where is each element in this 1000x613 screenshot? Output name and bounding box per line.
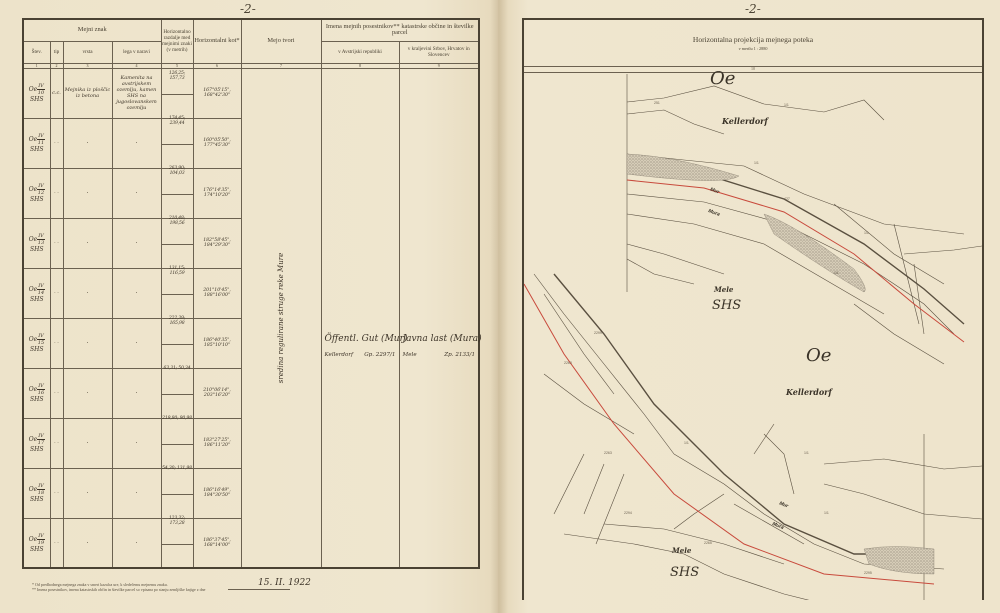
marker-type: · · <box>50 318 63 368</box>
marker-type: · · <box>50 268 63 318</box>
marker-suffix: SHS <box>30 146 43 153</box>
svg-text:251: 251 <box>654 101 660 105</box>
marker-location: · <box>112 318 161 368</box>
right-page-number: -2- <box>745 2 761 16</box>
date-line <box>228 589 290 590</box>
marker-suffix: SHS <box>30 446 43 453</box>
header-mejni-znak: Mejni znak <box>23 19 161 41</box>
marker-prefix: Oe <box>29 336 37 343</box>
boundary-formed-by: sredina regulirane struge reke Mure <box>241 68 321 568</box>
marker-section: IV <box>37 533 45 540</box>
header-avstrija: v Avstrijski republiki <box>321 41 399 63</box>
map-scale: v merilu 1 : 2880 <box>524 46 982 51</box>
marker-location: · <box>112 268 161 318</box>
owner-shs-detail: MeleZp. 2133/1 <box>403 352 476 358</box>
marker-suffix: SHS <box>30 246 43 253</box>
owner-shs-municipality: Mele <box>403 352 417 358</box>
distance-divider <box>162 194 193 195</box>
angle-cell: 186°16'49", 184°30'50" <box>193 468 241 518</box>
marker-type: · · <box>50 418 63 468</box>
header-kot: Horizontalni kot* <box>193 19 241 63</box>
marker-location: · <box>112 368 161 418</box>
marker-location: · <box>112 518 161 568</box>
footnote-2: ** Imena posestnikov, imena katastrskih … <box>32 587 205 592</box>
svg-text:1/1: 1/1 <box>804 451 809 455</box>
distance-divider <box>162 394 193 395</box>
header-tip: tip <box>50 41 63 63</box>
distance-value: 219,80; 90,98 <box>162 416 193 421</box>
marker-kind: · <box>63 218 112 268</box>
marker-number: OeIV10SHS <box>23 68 50 118</box>
label-kellerdorf-top: Kellerdorf <box>722 116 768 126</box>
marker-prefix: Oe <box>29 536 37 543</box>
label-oe-mid: Oe <box>806 345 831 366</box>
marker-type: · · <box>50 368 63 418</box>
map-rule <box>524 72 982 73</box>
header-mejo-tvori: Mejo tvori <box>241 19 321 63</box>
owner-shs-cell: Javna last (Mura)MeleZp. 2133/1 <box>399 68 479 568</box>
marker-section: IV <box>37 83 45 90</box>
distance-cell: 174,45; 239,44 <box>161 118 193 168</box>
label-shs-bottom: SHS <box>670 565 699 580</box>
marker-suffix: SHS <box>30 546 43 553</box>
angle-cell: 186°40'35", 185°10'10" <box>193 318 241 368</box>
map-title: Horizontalna projekcija mejnega poteka <box>524 35 982 44</box>
owner-shs-parcel: Zp. 2133/1 <box>444 352 475 358</box>
marker-suffix: SHS <box>30 346 43 353</box>
marker-kind: Mejnika iz ploščic iz betona <box>63 68 112 118</box>
header-lega: lega v naravi <box>112 41 161 63</box>
marker-prefix: Oe <box>29 236 37 243</box>
marker-suffix: SHS <box>30 296 43 303</box>
distance-value: 222,39; 165,98 <box>162 316 193 326</box>
svg-text:1/1: 1/1 <box>864 231 869 235</box>
distance-cell: 222,39; 165,98 <box>161 318 193 368</box>
boundary-description: sredina regulirane struge reke Mure <box>277 253 285 383</box>
distance-cell: 263,90; 104,03 <box>161 168 193 218</box>
left-page-number: -2- <box>240 2 256 16</box>
marker-suffix: SHS <box>30 96 43 103</box>
distance-cell: 123,32; 173,28 <box>161 518 193 568</box>
distance-cell: 131,15; 116,59 <box>161 268 193 318</box>
marker-type: · · <box>50 468 63 518</box>
distance-value: 63,31; 50,34 <box>162 366 193 371</box>
marker-suffix: SHS <box>30 396 43 403</box>
marker-prefix: Oe <box>29 186 37 193</box>
label-mele-mid: Mele <box>714 285 733 294</box>
marker-fraction: IV12 <box>37 183 45 196</box>
marker-location: · <box>112 118 161 168</box>
marker-location: · <box>112 468 161 518</box>
distance-divider <box>162 544 193 545</box>
marker-section: IV <box>37 383 45 390</box>
marker-section: IV <box>37 233 45 240</box>
owner-austria-municipality: Kellerdorf <box>325 352 354 358</box>
marker-section: IV <box>37 483 45 490</box>
marker-number: OeIV16SHS <box>23 368 50 418</box>
marker-fraction: IV18 <box>37 483 45 496</box>
owner-shs-name: Javna last (Mura) <box>403 334 476 344</box>
svg-text:1/1: 1/1 <box>834 271 839 275</box>
svg-text:2265: 2265 <box>704 541 712 545</box>
marker-section: IV <box>37 183 45 190</box>
marker-kind: · <box>63 418 112 468</box>
marker-number: OeIV15SHS <box>23 318 50 368</box>
distance-value: 126,25; 157,73 <box>162 71 193 81</box>
marker-number: OeIV14SHS <box>23 268 50 318</box>
distance-value: 263,90; 104,03 <box>162 166 193 176</box>
owner-austria-detail: KellerdorfGp. 2297/1 <box>325 352 396 358</box>
header-stev: Štev. <box>23 41 50 63</box>
angle-cell: 201°10'45", 188°16'00" <box>193 268 241 318</box>
marker-kind: · <box>63 118 112 168</box>
marker-fraction: IV19 <box>37 533 45 546</box>
marker-fraction: IV15 <box>37 333 45 346</box>
record-date: 15. II. 1922 <box>258 578 311 588</box>
distance-divider <box>162 94 193 95</box>
angle-cell: 210°06'14", 203°16'20" <box>193 368 241 418</box>
marker-fraction: IV13 <box>37 233 45 246</box>
marker-number: OeIV19SHS <box>23 518 50 568</box>
marker-location: · <box>112 418 161 468</box>
marker-suffix: SHS <box>30 196 43 203</box>
header-vrsta: vrsta <box>63 41 112 63</box>
owner-austria-parcel: Gp. 2297/1 <box>364 352 395 358</box>
svg-text:1/1: 1/1 <box>824 511 829 515</box>
distance-value: 210,48; 198,56 <box>162 216 193 226</box>
svg-text:2263: 2263 <box>564 361 572 365</box>
svg-text:2295: 2295 <box>864 571 872 575</box>
svg-text:2299: 2299 <box>594 331 602 335</box>
angle-cell: 183°27'25", 186°11'20" <box>193 418 241 468</box>
distance-divider <box>162 494 193 495</box>
distance-divider <box>162 444 193 445</box>
marker-fraction: IV11 <box>37 133 45 146</box>
marker-number: OeIV17SHS <box>23 418 50 468</box>
marker-fraction: IV10 <box>37 83 45 96</box>
header-razdalja: Horizontalno razdalje med mejnimi znaki … <box>161 19 193 63</box>
distance-value: 54,30; 131,98 <box>162 466 193 471</box>
svg-text:2294: 2294 <box>624 511 632 515</box>
marker-number: OeIV11SHS <box>23 118 50 168</box>
marker-location: · <box>112 168 161 218</box>
marker-section: IV <box>37 283 45 290</box>
label-oe-top: Oe <box>710 68 735 89</box>
distance-cell: 126,25; 157,73 <box>161 68 193 118</box>
svg-text:1/1: 1/1 <box>684 441 689 445</box>
angle-cell: 167°05'15", 168°42'30" <box>193 68 241 118</box>
marker-number: OeIV12SHS <box>23 168 50 218</box>
angle-cell: 182°58'45", 184°29'30" <box>193 218 241 268</box>
angle-cell: 160°05'50", 177°45'30" <box>193 118 241 168</box>
marker-suffix: SHS <box>30 496 43 503</box>
marker-prefix: Oe <box>29 386 37 393</box>
marker-kind: · <box>63 518 112 568</box>
marker-prefix: Oe <box>29 286 37 293</box>
map-col-number: 10 <box>524 66 982 71</box>
marker-kind: · <box>63 168 112 218</box>
distance-cell: 210,48; 198,56 <box>161 218 193 268</box>
distance-cell: 63,31; 50,34 <box>161 368 193 418</box>
label-shs-mid: SHS <box>712 298 741 313</box>
distance-value: 174,45; 239,44 <box>162 116 193 126</box>
cadastral-map: 2511/11/1 4271/11/1 229922632263 1/11/11… <box>524 74 982 600</box>
owner-austria-cell: Öffentl. Gut (Mur)KellerdorfGp. 2297/1 <box>321 68 399 568</box>
svg-text:2263: 2263 <box>604 451 612 455</box>
marker-number: OeIV18SHS <box>23 468 50 518</box>
label-kellerdorf-mid: Kellerdorf <box>786 387 832 397</box>
marker-section: IV <box>37 333 45 340</box>
distance-divider <box>162 294 193 295</box>
map-frame: Horizontalna projekcija mejnega poteka v… <box>522 18 984 600</box>
distance-divider <box>162 244 193 245</box>
marker-prefix: Oe <box>29 436 37 443</box>
marker-section: IV <box>37 133 45 140</box>
distance-value: 123,32; 173,28 <box>162 516 193 526</box>
label-mele-bottom: Mele <box>672 546 691 555</box>
marker-number: OeIV13SHS <box>23 218 50 268</box>
marker-location: · <box>112 218 161 268</box>
svg-text:1/1: 1/1 <box>754 161 759 165</box>
marker-type: · · <box>50 518 63 568</box>
angle-cell: 186°37'45", 168°14'00" <box>193 518 241 568</box>
marker-prefix: Oe <box>29 136 37 143</box>
header-imena: Imena mejnih posestnikov** katastrske ob… <box>321 19 479 41</box>
marker-fraction: IV17 <box>37 433 45 446</box>
svg-text:427: 427 <box>784 197 790 201</box>
marker-type: c.c. <box>50 68 63 118</box>
boundary-ledger-table: Mejni znak Horizontalno razdalje med mej… <box>22 18 480 569</box>
marker-section: IV <box>37 433 45 440</box>
distance-value: 131,15; 116,59 <box>162 266 193 276</box>
marker-type: · · <box>50 118 63 168</box>
distance-cell: 219,80; 90,98 <box>161 418 193 468</box>
marker-kind: · <box>63 468 112 518</box>
distance-divider <box>162 344 193 345</box>
marker-kind: · <box>63 318 112 368</box>
marker-type: · · <box>50 218 63 268</box>
distance-cell: 54,30; 131,98 <box>161 468 193 518</box>
marker-prefix: Oe <box>29 486 37 493</box>
distance-divider <box>162 144 193 145</box>
svg-text:1/1: 1/1 <box>784 103 789 107</box>
marker-prefix: Oe <box>29 86 37 93</box>
ledger-row: OeIV10SHSc.c.Mejnika iz ploščic iz beton… <box>23 68 479 118</box>
angle-cell: 176°14'35", 174°10'20" <box>193 168 241 218</box>
marker-fraction: IV14 <box>37 283 45 296</box>
marker-fraction: IV16 <box>37 383 45 396</box>
marker-kind: · <box>63 368 112 418</box>
header-shs: v kraljevini Srbov, Hrvatov in Slovencev <box>399 41 479 63</box>
marker-kind: · <box>63 268 112 318</box>
marker-location: Kamenita na avstrijskem ozemlju, kamen S… <box>112 68 161 118</box>
marker-type: · · <box>50 168 63 218</box>
owner-austria-name: Öffentl. Gut (Mur) <box>325 334 396 344</box>
book-gutter <box>490 0 508 613</box>
footnotes: * Od predhodnega mejnega znaka v smeri k… <box>32 582 205 592</box>
